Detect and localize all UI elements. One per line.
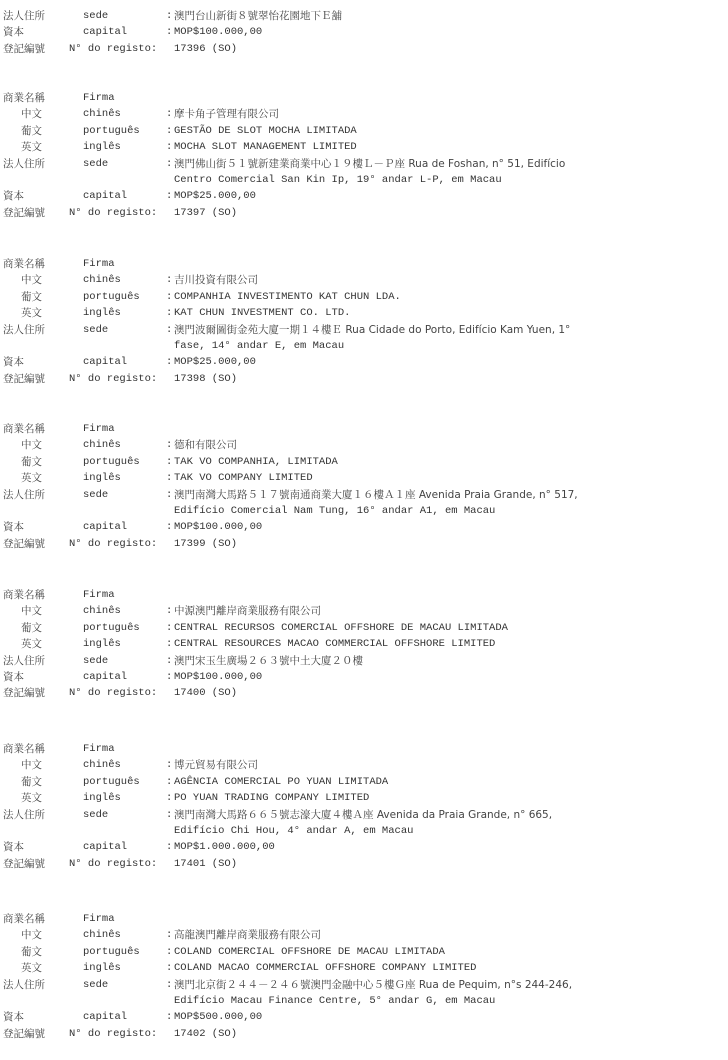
ingles-label-pt: inglês [83,470,121,486]
registo-label-zh: 登記編號 [3,41,45,57]
chines-value: 德和有限公司 [174,437,237,453]
ingles-value: PO YUAN TRADING COMPANY LIMITED [174,790,369,806]
registo-label-pt: N° do registo: [69,41,157,57]
sede-row: 法人住所 sede : 澳門台山新街８號翠怡花園地下Ｅ舖 [3,8,723,24]
colon: : [166,620,172,636]
sede-label-zh: 法人住所 [3,156,45,172]
capital-value: MOP$100.000,00 [174,669,262,685]
ingles-label-zh: 英文 [21,636,42,652]
portugues-row: 葡文 português : AGÊNCIA COMERCIAL PO YUAN… [3,774,723,790]
colon: : [166,790,172,806]
sede-value: 澳門波爾圖街金苑大廈一期１４樓Ｅ Rua Cidade do Porto, Ed… [174,322,570,338]
sede-value: 澳門南灣大馬路６６５號志濠大廈４樓Ａ座 Avenida da Praia Gra… [174,807,552,823]
capital-row: 資本 capital : MOP$100.000,00 [3,519,723,535]
company-entry-17396: 法人住所 sede : 澳門台山新街８號翠怡花園地下Ｅ舖 資本 capital … [3,8,723,57]
firma-label-pt: Firma [83,256,115,272]
portugues-label-zh: 葡文 [21,944,42,960]
capital-value: MOP$25.000,00 [174,354,256,370]
portugues-label-pt: português [83,620,140,636]
sede-value-continued: Edifício Macau Finance Centre, 5° andar … [174,993,495,1009]
sede-label-pt: sede [83,977,108,993]
portugues-row: 葡文 português : COLAND COMERCIAL OFFSHORE… [3,944,723,960]
chines-label-pt: chinês [83,437,121,453]
sede-label-pt: sede [83,487,108,503]
colon: : [166,487,172,503]
portugues-label-pt: português [83,123,140,139]
firma-label-zh: 商業名稱 [3,911,45,927]
colon: : [166,8,172,24]
firma-label-pt: Firma [83,741,115,757]
chines-label-pt: chinês [83,927,121,943]
ingles-value: COLAND MACAO COMMERCIAL OFFSHORE COMPANY… [174,960,476,976]
sede-value: 澳門台山新街８號翠怡花園地下Ｅ舖 [174,8,342,24]
capital-label-pt: capital [83,188,127,204]
colon: : [166,519,172,535]
registo-row: 登記編號 N° do registo: 17402 (SO) [3,1026,723,1042]
registo-row: 登記編號 N° do registo: 17400 (SO) [3,685,723,701]
portugues-label-zh: 葡文 [21,454,42,470]
sede-continued-row: Edifício Macau Finance Centre, 5° andar … [3,993,723,1009]
colon: : [166,156,172,172]
capital-row: 資本 capital : MOP$100.000,00 [3,24,723,40]
chines-row: 中文 chinês : 博元貿易有限公司 [3,757,723,773]
registo-label-pt: N° do registo: [69,856,157,872]
chines-row: 中文 chinês : 摩卡角子管理有限公司 [3,106,723,122]
colon: : [166,636,172,652]
chines-label-pt: chinês [83,272,121,288]
chines-value: 高龍澳門離岸商業服務有限公司 [174,927,321,943]
portugues-label-zh: 葡文 [21,289,42,305]
chines-label-zh: 中文 [21,272,42,288]
capital-label-zh: 資本 [3,519,24,535]
colon: : [166,944,172,960]
colon: : [166,977,172,993]
chines-value: 摩卡角子管理有限公司 [174,106,279,122]
firma-label-pt: Firma [83,587,115,603]
sede-label-pt: sede [83,8,108,24]
colon: : [166,669,172,685]
colon: : [166,454,172,470]
portugues-value: CENTRAL RECURSOS COMERCIAL OFFSHORE DE M… [174,620,508,636]
portugues-value: AGÊNCIA COMERCIAL PO YUAN LIMITADA [174,774,388,790]
sede-row: 法人住所 sede : 澳門南灣大馬路５１７號南通商業大廈１６樓Ａ１座 Aven… [3,487,723,503]
sede-continued-row: Centro Comercial San Kin Ip, 19° andar L… [3,172,723,188]
sede-row: 法人住所 sede : 澳門宋玉生廣場２６３號中土大廈２０樓 [3,653,723,669]
ingles-row: 英文 inglês : COLAND MACAO COMMERCIAL OFFS… [3,960,723,976]
sede-row: 法人住所 sede : 澳門波爾圖街金苑大廈一期１４樓Ｅ Rua Cidade … [3,322,723,338]
colon: : [166,757,172,773]
capital-label-pt: capital [83,669,127,685]
ingles-row: 英文 inglês : KAT CHUN INVESTMENT CO. LTD. [3,305,723,321]
portugues-row: 葡文 português : TAK VO COMPANHIA, LIMITAD… [3,454,723,470]
colon: : [166,24,172,40]
registo-value: 17396 (SO) [174,41,237,57]
ingles-label-zh: 英文 [21,305,42,321]
capital-label-zh: 資本 [3,354,24,370]
colon: : [166,322,172,338]
capital-value: MOP$100.000,00 [174,519,262,535]
company-entry-17401: 商業名稱 Firma 中文 chinês : 博元貿易有限公司 葡文 portu… [3,741,723,872]
sede-label-pt: sede [83,807,108,823]
sede-continued-row: Edifício Comercial Nam Tung, 16° andar A… [3,503,723,519]
portugues-row: 葡文 português : COMPANHIA INVESTIMENTO KA… [3,289,723,305]
capital-label-zh: 資本 [3,1009,24,1025]
colon: : [166,437,172,453]
colon: : [166,927,172,943]
portugues-label-zh: 葡文 [21,123,42,139]
chines-row: 中文 chinês : 高龍澳門離岸商業服務有限公司 [3,927,723,943]
sede-continued-row: fase, 14° andar E, em Macau [3,338,723,354]
sede-value-continued: Edifício Comercial Nam Tung, 16° andar A… [174,503,495,519]
ingles-value: KAT CHUN INVESTMENT CO. LTD. [174,305,350,321]
capital-row: 資本 capital : MOP$100.000,00 [3,669,723,685]
ingles-label-pt: inglês [83,790,121,806]
portugues-label-zh: 葡文 [21,774,42,790]
registo-label-zh: 登記編號 [3,205,45,221]
company-entry-17402: 商業名稱 Firma 中文 chinês : 高龍澳門離岸商業服務有限公司 葡文… [3,911,723,1042]
chines-label-zh: 中文 [21,757,42,773]
registo-value: 17402 (SO) [174,1026,237,1042]
ingles-label-pt: inglês [83,636,121,652]
sede-row: 法人住所 sede : 澳門佛山街５１號新建業商業中心１９樓Ｌ－Ｐ座 Rua d… [3,156,723,172]
sede-value: 澳門北京街２４４－２４６號澳門金融中心５樓Ｇ座 Rua de Pequim, n… [174,977,572,993]
chines-value: 中源澳門離岸商業服務有限公司 [174,603,321,619]
ingles-value: MOCHA SLOT MANAGEMENT LIMITED [174,139,357,155]
registo-row: 登記編號 N° do registo: 17396 (SO) [3,41,723,57]
capital-label-zh: 資本 [3,839,24,855]
ingles-row: 英文 inglês : CENTRAL RESOURCES MACAO COMM… [3,636,723,652]
capital-label-pt: capital [83,1009,127,1025]
registo-value: 17397 (SO) [174,205,237,221]
portugues-label-pt: português [83,289,140,305]
registo-label-zh: 登記編號 [3,1026,45,1042]
portugues-row: 葡文 português : CENTRAL RECURSOS COMERCIA… [3,620,723,636]
sede-value: 澳門佛山街５１號新建業商業中心１９樓Ｌ－Ｐ座 Rua de Foshan, n°… [174,156,565,172]
portugues-value: COMPANHIA INVESTIMENTO KAT CHUN LDA. [174,289,401,305]
chines-label-zh: 中文 [21,437,42,453]
company-entry-17397: 商業名稱 Firma 中文 chinês : 摩卡角子管理有限公司 葡文 por… [3,90,723,221]
chines-value: 吉川投資有限公司 [174,272,258,288]
capital-value: MOP$100.000,00 [174,24,262,40]
chines-row: 中文 chinês : 德和有限公司 [3,437,723,453]
firma-row: 商業名稱 Firma [3,587,723,603]
firma-label-zh: 商業名稱 [3,587,45,603]
registo-value: 17400 (SO) [174,685,237,701]
ingles-row: 英文 inglês : PO YUAN TRADING COMPANY LIMI… [3,790,723,806]
firma-row: 商業名稱 Firma [3,90,723,106]
sede-value: 澳門宋玉生廣場２６３號中土大廈２０樓 [174,653,363,669]
sede-row: 法人住所 sede : 澳門南灣大馬路６６５號志濠大廈４樓Ａ座 Avenida … [3,807,723,823]
chines-row: 中文 chinês : 中源澳門離岸商業服務有限公司 [3,603,723,619]
ingles-row: 英文 inglês : TAK VO COMPANY LIMITED [3,470,723,486]
colon: : [166,839,172,855]
colon: : [166,470,172,486]
colon: : [166,272,172,288]
registo-label-zh: 登記編號 [3,685,45,701]
registo-value: 17401 (SO) [174,856,237,872]
portugues-label-pt: português [83,944,140,960]
colon: : [166,354,172,370]
colon: : [166,960,172,976]
capital-label-zh: 資本 [3,669,24,685]
sede-value-continued: Centro Comercial San Kin Ip, 19° andar L… [174,172,502,188]
firma-label-pt: Firma [83,90,115,106]
colon: : [166,106,172,122]
company-entry-17400: 商業名稱 Firma 中文 chinês : 中源澳門離岸商業服務有限公司 葡文… [3,587,723,702]
firma-row: 商業名稱 Firma [3,256,723,272]
registo-label-pt: N° do registo: [69,371,157,387]
portugues-label-pt: português [83,454,140,470]
registo-label-pt: N° do registo: [69,685,157,701]
chines-row: 中文 chinês : 吉川投資有限公司 [3,272,723,288]
capital-value: MOP$1.000.000,00 [174,839,275,855]
capital-row: 資本 capital : MOP$25.000,00 [3,188,723,204]
colon: : [166,139,172,155]
firma-label-pt: Firma [83,911,115,927]
ingles-label-zh: 英文 [21,139,42,155]
registo-label-pt: N° do registo: [69,536,157,552]
ingles-label-zh: 英文 [21,960,42,976]
firma-row: 商業名稱 Firma [3,911,723,927]
portugues-label-pt: português [83,774,140,790]
sede-value-continued: Edifício Chi Hou, 4° andar A, em Macau [174,823,413,839]
ingles-value: TAK VO COMPANY LIMITED [174,470,313,486]
registo-row: 登記編號 N° do registo: 17401 (SO) [3,856,723,872]
portugues-value: GESTÃO DE SLOT MOCHA LIMITADA [174,123,357,139]
sede-label-zh: 法人住所 [3,653,45,669]
firma-row: 商業名稱 Firma [3,741,723,757]
colon: : [166,653,172,669]
capital-row: 資本 capital : MOP$500.000,00 [3,1009,723,1025]
portugues-value: TAK VO COMPANHIA, LIMITADA [174,454,338,470]
colon: : [166,603,172,619]
ingles-label-zh: 英文 [21,790,42,806]
sede-label-zh: 法人住所 [3,807,45,823]
sede-value-continued: fase, 14° andar E, em Macau [174,338,344,354]
ingles-label-pt: inglês [83,960,121,976]
colon: : [166,774,172,790]
chines-label-pt: chinês [83,106,121,122]
capital-row: 資本 capital : MOP$25.000,00 [3,354,723,370]
colon: : [166,305,172,321]
capital-label-zh: 資本 [3,188,24,204]
ingles-label-pt: inglês [83,139,121,155]
capital-label-pt: capital [83,354,127,370]
chines-label-zh: 中文 [21,603,42,619]
sede-label-zh: 法人住所 [3,977,45,993]
registo-label-pt: N° do registo: [69,205,157,221]
colon: : [166,188,172,204]
firma-label-pt: Firma [83,421,115,437]
chines-label-zh: 中文 [21,106,42,122]
firma-label-zh: 商業名稱 [3,256,45,272]
sede-label-zh: 法人住所 [3,487,45,503]
ingles-row: 英文 inglês : MOCHA SLOT MANAGEMENT LIMITE… [3,139,723,155]
sede-label-zh: 法人住所 [3,322,45,338]
sede-value: 澳門南灣大馬路５１７號南通商業大廈１６樓Ａ１座 Avenida Praia Gr… [174,487,578,503]
capital-value: MOP$25.000,00 [174,188,256,204]
capital-row: 資本 capital : MOP$1.000.000,00 [3,839,723,855]
colon: : [166,289,172,305]
capital-label-pt: capital [83,24,127,40]
sede-continued-row: Edifício Chi Hou, 4° andar A, em Macau [3,823,723,839]
sede-label-zh: 法人住所 [3,8,45,24]
chines-label-zh: 中文 [21,927,42,943]
firma-label-zh: 商業名稱 [3,421,45,437]
registo-label-pt: N° do registo: [69,1026,157,1042]
sede-label-pt: sede [83,156,108,172]
registo-value: 17398 (SO) [174,371,237,387]
registo-value: 17399 (SO) [174,536,237,552]
firma-label-zh: 商業名稱 [3,90,45,106]
sede-label-pt: sede [83,322,108,338]
registo-label-zh: 登記編號 [3,536,45,552]
chines-label-pt: chinês [83,757,121,773]
registo-label-zh: 登記編號 [3,856,45,872]
capital-label-pt: capital [83,839,127,855]
ingles-value: CENTRAL RESOURCES MACAO COMMERCIAL OFFSH… [174,636,495,652]
capital-label-zh: 資本 [3,24,24,40]
portugues-value: COLAND COMERCIAL OFFSHORE DE MACAU LIMIT… [174,944,445,960]
portugues-label-zh: 葡文 [21,620,42,636]
registo-label-zh: 登記編號 [3,371,45,387]
registo-row: 登記編號 N° do registo: 17397 (SO) [3,205,723,221]
ingles-label-zh: 英文 [21,470,42,486]
portugues-row: 葡文 português : GESTÃO DE SLOT MOCHA LIMI… [3,123,723,139]
colon: : [166,1009,172,1025]
firma-row: 商業名稱 Firma [3,421,723,437]
colon: : [166,123,172,139]
capital-label-pt: capital [83,519,127,535]
sede-label-pt: sede [83,653,108,669]
firma-label-zh: 商業名稱 [3,741,45,757]
chines-label-pt: chinês [83,603,121,619]
registo-row: 登記編號 N° do registo: 17398 (SO) [3,371,723,387]
registo-row: 登記編號 N° do registo: 17399 (SO) [3,536,723,552]
ingles-label-pt: inglês [83,305,121,321]
colon: : [166,807,172,823]
sede-row: 法人住所 sede : 澳門北京街２４４－２４６號澳門金融中心５樓Ｇ座 Rua … [3,977,723,993]
company-entry-17399: 商業名稱 Firma 中文 chinês : 德和有限公司 葡文 portugu… [3,421,723,552]
capital-value: MOP$500.000,00 [174,1009,262,1025]
company-entry-17398: 商業名稱 Firma 中文 chinês : 吉川投資有限公司 葡文 portu… [3,256,723,387]
chines-value: 博元貿易有限公司 [174,757,258,773]
